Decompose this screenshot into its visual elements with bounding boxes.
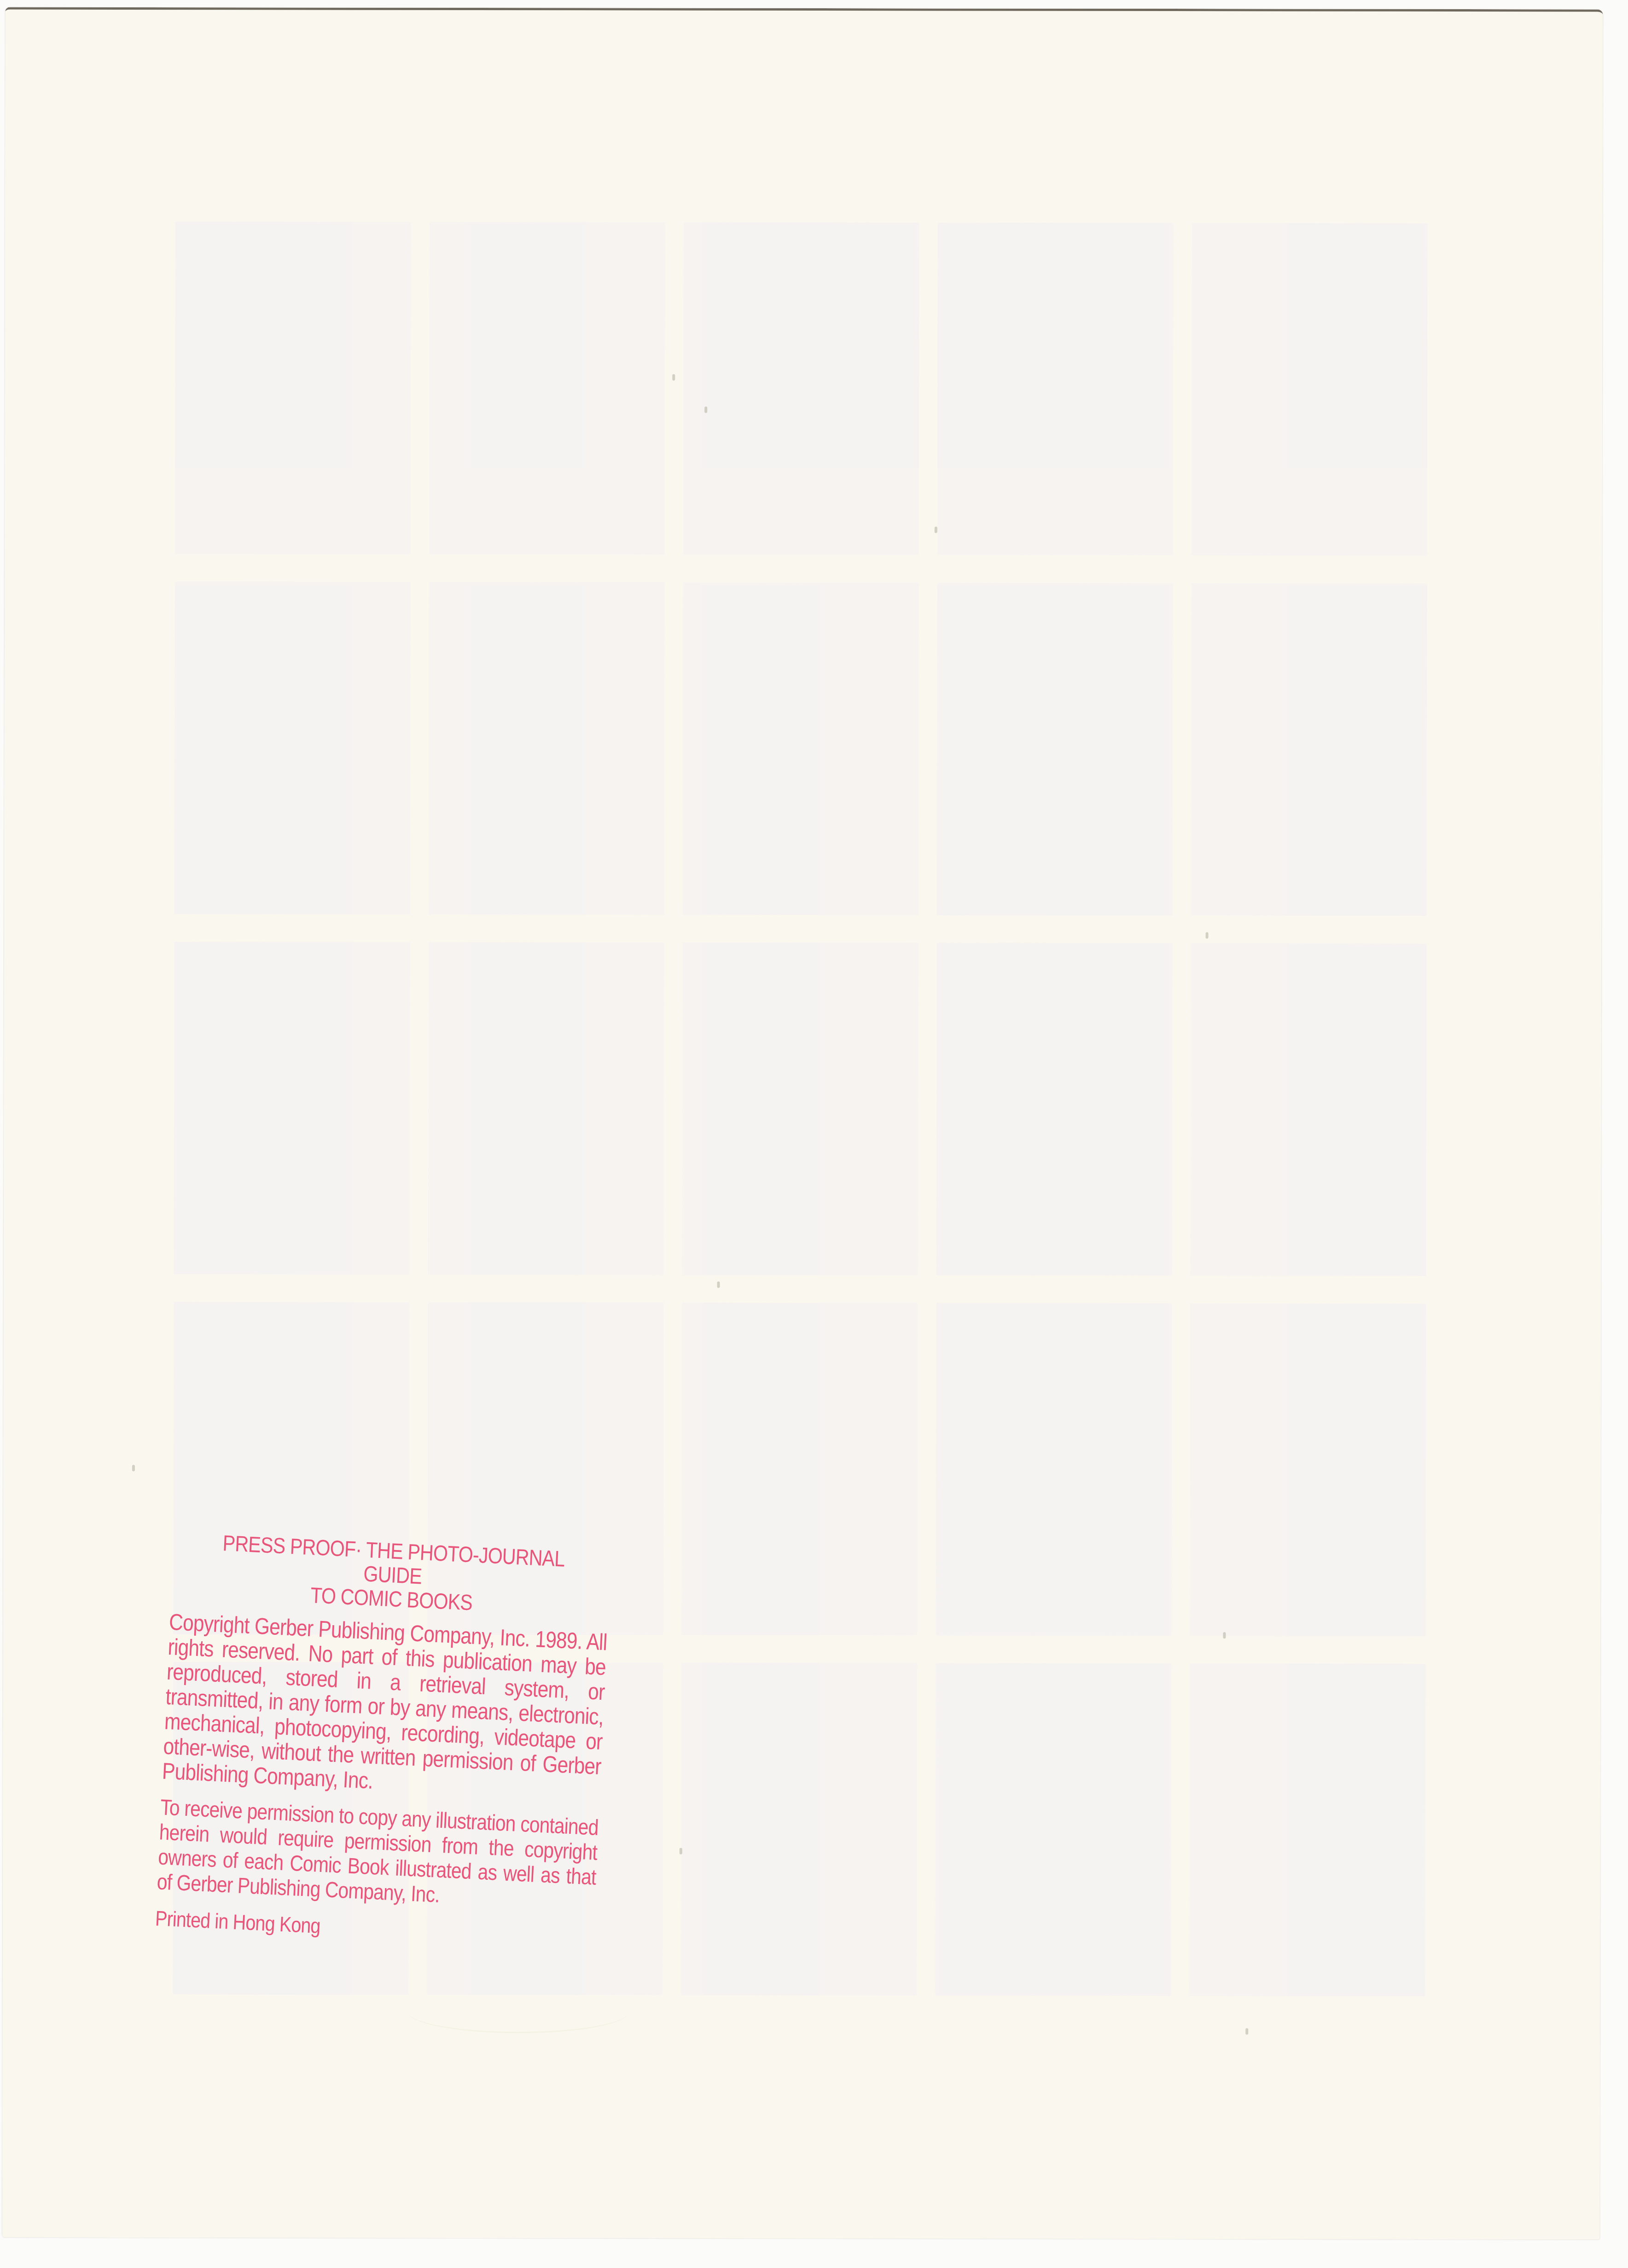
permission-notice: To receive permission to copy any illust… bbox=[157, 1795, 599, 1915]
dust-speck bbox=[672, 374, 675, 381]
dust-speck bbox=[132, 1465, 135, 1471]
ghost-panel bbox=[1191, 583, 1427, 916]
press-proof-stamp: PRESS PROOF· THE PHOTO-JOURNAL GUIDE TO … bbox=[155, 1529, 615, 1950]
dust-speck bbox=[717, 1282, 720, 1288]
ghost-panel bbox=[1190, 1303, 1426, 1636]
ghost-panel bbox=[174, 582, 411, 915]
ghost-panel bbox=[681, 1303, 918, 1636]
dust-speck bbox=[680, 1848, 682, 1854]
ghost-panel bbox=[936, 943, 1173, 1276]
ghost-panel bbox=[936, 1303, 1172, 1636]
ghost-panel bbox=[175, 222, 411, 554]
dust-speck bbox=[1223, 1632, 1226, 1638]
dust-speck bbox=[1206, 932, 1209, 939]
ghost-panel bbox=[429, 582, 665, 915]
dust-speck bbox=[1245, 2028, 1248, 2035]
ghost-panel bbox=[681, 1663, 917, 1996]
ghost-panel bbox=[428, 942, 664, 1275]
ghost-panel bbox=[1191, 943, 1427, 1276]
ghost-panel bbox=[683, 583, 919, 915]
ghost-panel bbox=[937, 222, 1174, 555]
paper-sheet: PRESS PROOF· THE PHOTO-JOURNAL GUIDE TO … bbox=[2, 7, 1603, 2240]
dust-speck bbox=[935, 526, 937, 533]
ghost-panel bbox=[429, 222, 665, 555]
ghost-panel bbox=[937, 583, 1173, 915]
dust-speck bbox=[704, 407, 707, 413]
copyright-notice: Copyright Gerber Publishing Company, Inc… bbox=[162, 1609, 608, 1804]
faint-pencil-signature bbox=[407, 1990, 628, 2034]
ghost-panel bbox=[935, 1663, 1171, 1996]
ghost-panel bbox=[1189, 1663, 1425, 1996]
ghost-panel bbox=[1192, 223, 1428, 556]
ghost-panel bbox=[683, 222, 919, 555]
ghost-panel bbox=[174, 942, 410, 1275]
ghost-panel bbox=[682, 943, 919, 1276]
